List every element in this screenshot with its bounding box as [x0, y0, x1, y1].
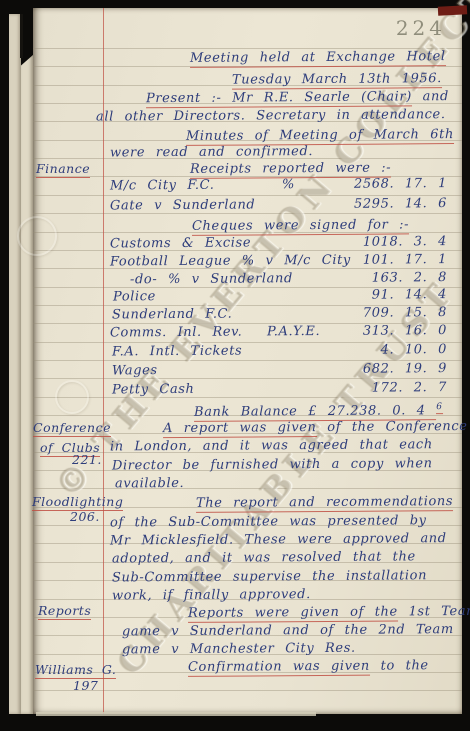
amount-value: 4. 10. 0	[345, 342, 447, 359]
handwriting-text: Sub-Committee supervise the installation	[112, 568, 427, 585]
handwriting-text: 1st Team	[398, 604, 470, 620]
handwriting-text: Customs & Excise	[110, 235, 251, 251]
bottom-page-edge	[36, 712, 316, 716]
handwriting-text: The report and recommendations	[196, 494, 453, 513]
amount-value: 101. 17. 1	[345, 252, 447, 269]
handwriting-line: Wages682. 19. 9	[33, 361, 462, 382]
handwriting-text: Gate v Sunderland	[110, 197, 255, 213]
column-entry: P.A.Y.E.	[267, 324, 320, 340]
amount-value: 5295. 14. 6	[345, 196, 447, 213]
handwriting-text: -do- % v Sunderland	[130, 271, 293, 287]
amount-value: 172. 2. 7	[345, 380, 447, 397]
amount-value: 163. 2. 8	[345, 270, 447, 287]
handwriting-text: to the	[370, 658, 429, 673]
handwriting-line: Petty Cash172. 2. 7	[33, 380, 462, 401]
amount-value: 2568. 17. 1	[345, 176, 447, 193]
handwriting-line: available.	[33, 474, 462, 495]
handwriting-text: Present :- Mr R.E. Searle (Chair)	[146, 89, 412, 108]
handwriting-text: Football League % v M/c City	[110, 253, 351, 270]
amount-value: 313. 16. 0	[345, 323, 447, 340]
handwriting-line: M/c City F.C.%2568. 17. 1	[33, 176, 462, 197]
underpage-edge	[9, 14, 21, 714]
handwriting-line: in London, and it was agreed that each	[33, 437, 462, 458]
amount-value: 682. 19. 9	[345, 361, 447, 378]
handwriting-text: Tuesday March 13th 1956.	[232, 71, 442, 89]
amount-value: 1018. 3. 4	[345, 234, 447, 251]
handwriting-line: adopted, and it was resolved that the	[33, 549, 462, 570]
handwriting-text: Comms. Inl. Rev.	[110, 325, 242, 341]
handwriting-line: The report and recommendations	[33, 494, 462, 515]
handwriting-text: Reports were given of the	[188, 604, 398, 622]
column-entry: %	[282, 177, 295, 193]
binding-corner	[438, 5, 467, 16]
handwriting-text: available.	[115, 476, 184, 491]
handwriting-line: Bank Balance £ 27.238. 0. 4 6	[33, 399, 462, 420]
handwriting-text: in London, and it was agreed that each	[110, 437, 433, 454]
handwriting-text: and	[412, 89, 449, 104]
underpage-edge-wide	[21, 55, 33, 714]
handwriting-text: Sunderland F.C.	[112, 307, 232, 323]
handwriting-text: of the Sub-Committee was presented by	[110, 513, 427, 530]
handwriting-line: Meeting held at Exchange Hotel	[33, 49, 462, 70]
handwriting-text: of the Conference	[316, 419, 467, 435]
handwriting-text: Petty Cash	[112, 382, 195, 398]
handwriting-text: work, if finally approved.	[112, 587, 311, 603]
amount-value: 709. 15. 8	[345, 305, 447, 322]
handwriting-text: Police	[113, 289, 156, 304]
handwriting-text: game v Sunderland and of the 2nd Team	[122, 622, 454, 639]
handwriting-text: Meeting held at Exchange Hotel	[190, 49, 446, 68]
handwriting-text: game v Manchester City Res.	[122, 641, 356, 658]
handwriting-text: M/c City F.C.	[110, 178, 215, 194]
handwriting-text: Mr Micklesfield. These were approved and	[110, 531, 447, 548]
handwriting-line: Gate v Sunderland5295. 14. 6	[33, 196, 462, 217]
handwriting-text: all other Directors. Secretary in attend…	[96, 107, 446, 124]
handwriting-line: Confirmation was given to the	[33, 658, 462, 679]
handwriting-line: F.A. Intl. Tickets4. 10. 0	[33, 342, 462, 363]
handwriting-text: Wages	[112, 363, 158, 378]
binding-gap	[20, 14, 23, 58]
handwriting-text: F.A. Intl. Tickets	[112, 344, 242, 360]
handwriting-text: Cheques were signed for :-	[192, 217, 409, 236]
amount-value: 91. 14. 4	[345, 287, 447, 304]
handwriting-text: A report was given	[163, 420, 317, 438]
scanned-page: 224 © THE EVERTON COLLECTION CHARITABLE …	[0, 0, 470, 731]
minute-book-page: 224 © THE EVERTON COLLECTION CHARITABLE …	[33, 8, 462, 714]
handwriting-text: 6	[436, 402, 442, 414]
margin-note: 197	[73, 678, 98, 693]
handwriting-text: adopted, and it was resolved that the	[112, 549, 416, 566]
handwriting-text: Director be furnished with a copy when	[112, 456, 433, 473]
handwriting-text: were read and confirmed.	[110, 144, 313, 160]
handwriting-line: all other Directors. Secretary in attend…	[33, 107, 462, 128]
page-number: 224	[396, 16, 446, 40]
handwriting-text: Confirmation was given	[188, 659, 370, 677]
handwriting-line: Comms. Inl. Rev.P.A.Y.E.313. 16. 0	[33, 323, 462, 344]
